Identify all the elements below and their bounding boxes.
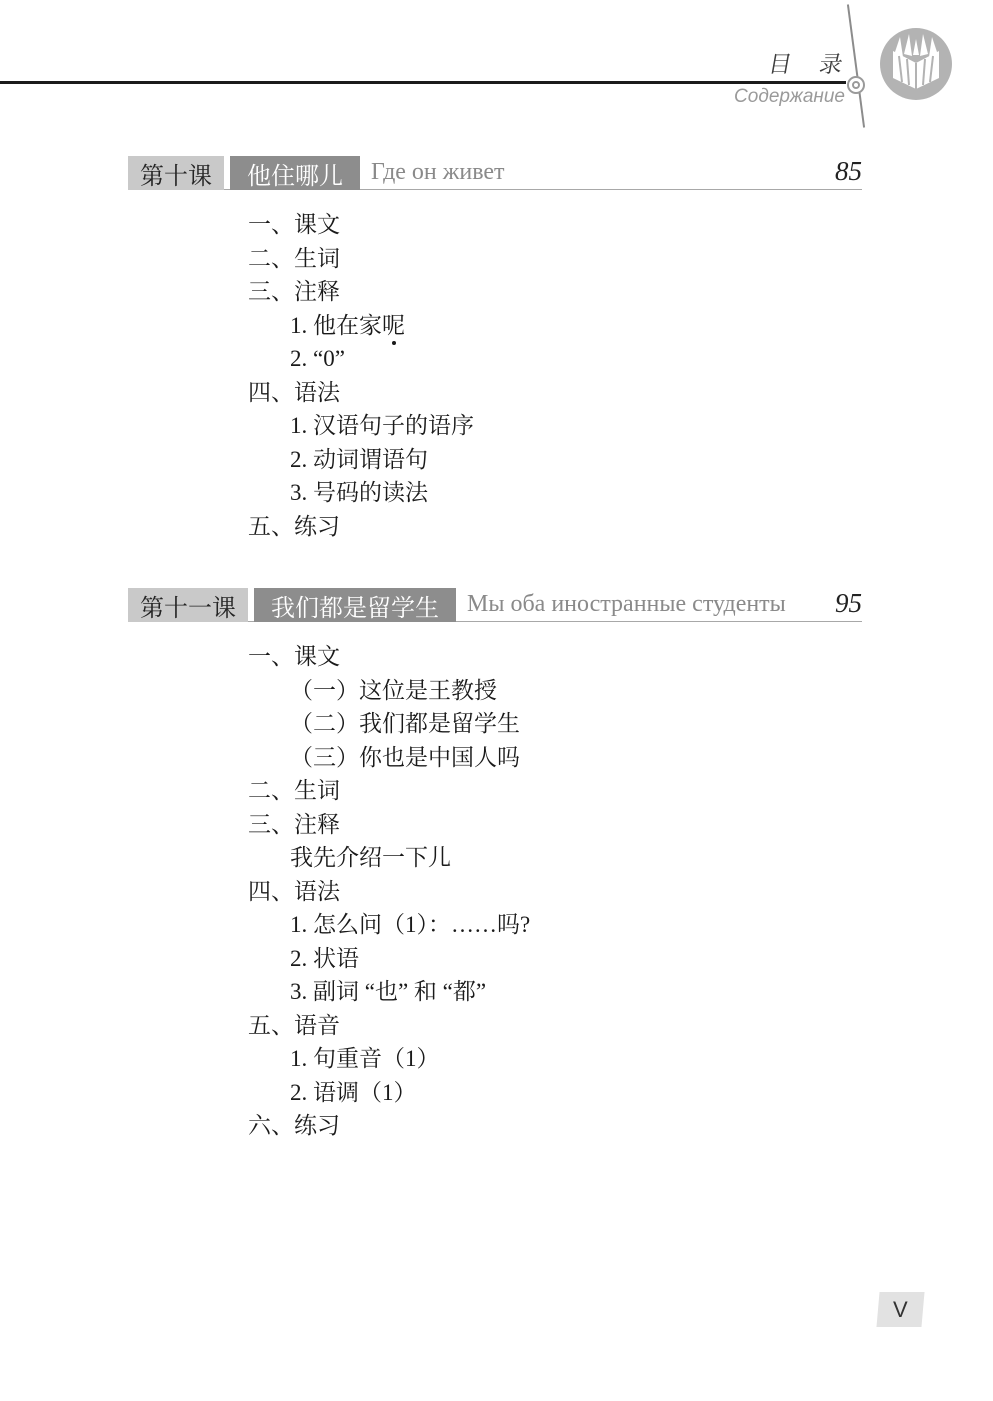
- toc-item: 三、注释: [0, 808, 993, 842]
- lesson-header: 第十一课 我们都是留学生 Мы оба иностранные студенты…: [128, 588, 862, 622]
- toc-item: 六、练习: [0, 1109, 993, 1143]
- header-circle-ornament-inner: [852, 81, 860, 89]
- lesson-title-chinese-box: 我们都是留学生: [254, 588, 456, 622]
- toc-item: 一、课文: [0, 640, 993, 674]
- toc-item: （一）这位是王教授: [0, 674, 993, 708]
- toc-item: 五、练习: [0, 510, 993, 544]
- toc-item: 2. 语调（1）: [0, 1076, 993, 1110]
- toc-item: （二）我们都是留学生: [0, 707, 993, 741]
- publisher-book-logo-icon: [877, 26, 955, 104]
- header-diagonal-line: [847, 4, 865, 127]
- header-title-chinese: 目 录: [766, 46, 848, 79]
- toc-item: 1. 他在家呢: [0, 309, 993, 343]
- page-number: V: [893, 1297, 908, 1323]
- toc-item: 3. 副词 “也” 和 “都”: [0, 975, 993, 1009]
- lesson-items: 一、课文二、生词三、注释1. 他在家呢2. “0”四、语法1. 汉语句子的语序2…: [0, 208, 993, 543]
- toc-item: 2. 状语: [0, 942, 993, 976]
- lesson-header: 第十课 他住哪儿 Где он живет 85: [128, 156, 862, 190]
- lesson-title-russian: Мы оба иностранные студенты: [467, 588, 786, 621]
- toc-item: 一、课文: [0, 208, 993, 242]
- toc-item: 1. 汉语句子的语序: [0, 409, 993, 443]
- toc-page: 目 录 Содержание: [0, 0, 993, 1401]
- emphasized-char: 呢: [382, 309, 405, 343]
- lesson-section: 第十一课 我们都是留学生 Мы оба иностранные студенты…: [0, 588, 993, 1143]
- toc-item: 四、语法: [0, 875, 993, 909]
- toc-item: 我先介绍一下儿: [0, 841, 993, 875]
- lesson-title-russian: Где он живет: [371, 156, 505, 189]
- toc-item: 三、注释: [0, 275, 993, 309]
- lesson-section: 第十课 他住哪儿 Где он живет 85 一、课文二、生词三、注释1. …: [0, 156, 993, 543]
- page-number-box: V: [876, 1292, 924, 1327]
- toc-item: 二、生词: [0, 774, 993, 808]
- toc-item: 2. “0”: [0, 342, 993, 376]
- toc-list: 第十课 他住哪儿 Где он живет 85 一、课文二、生词三、注释1. …: [0, 156, 993, 1143]
- toc-item: （三）你也是中国人吗: [0, 741, 993, 775]
- toc-item: 四、语法: [0, 376, 993, 410]
- lesson-page-number: 85: [835, 156, 862, 187]
- toc-item: 1. 句重音（1）: [0, 1042, 993, 1076]
- toc-item: 二、生词: [0, 242, 993, 276]
- lesson-number-box: 第十一课: [128, 588, 248, 622]
- lesson-title-chinese-box: 他住哪儿: [230, 156, 360, 190]
- header-circle-ornament: [847, 76, 865, 94]
- header-rule: [0, 81, 846, 84]
- toc-item: 1. 怎么问（1）：……吗?: [0, 908, 993, 942]
- header-title-russian: Содержание: [734, 86, 845, 108]
- toc-item: 3. 号码的读法: [0, 476, 993, 510]
- toc-item: 2. 动词谓语句: [0, 443, 993, 477]
- lesson-page-number: 95: [835, 588, 862, 619]
- lesson-items: 一、课文（一）这位是王教授（二）我们都是留学生（三）你也是中国人吗二、生词三、注…: [0, 640, 993, 1143]
- toc-item: 五、语音: [0, 1009, 993, 1043]
- lesson-number-box: 第十课: [128, 156, 224, 190]
